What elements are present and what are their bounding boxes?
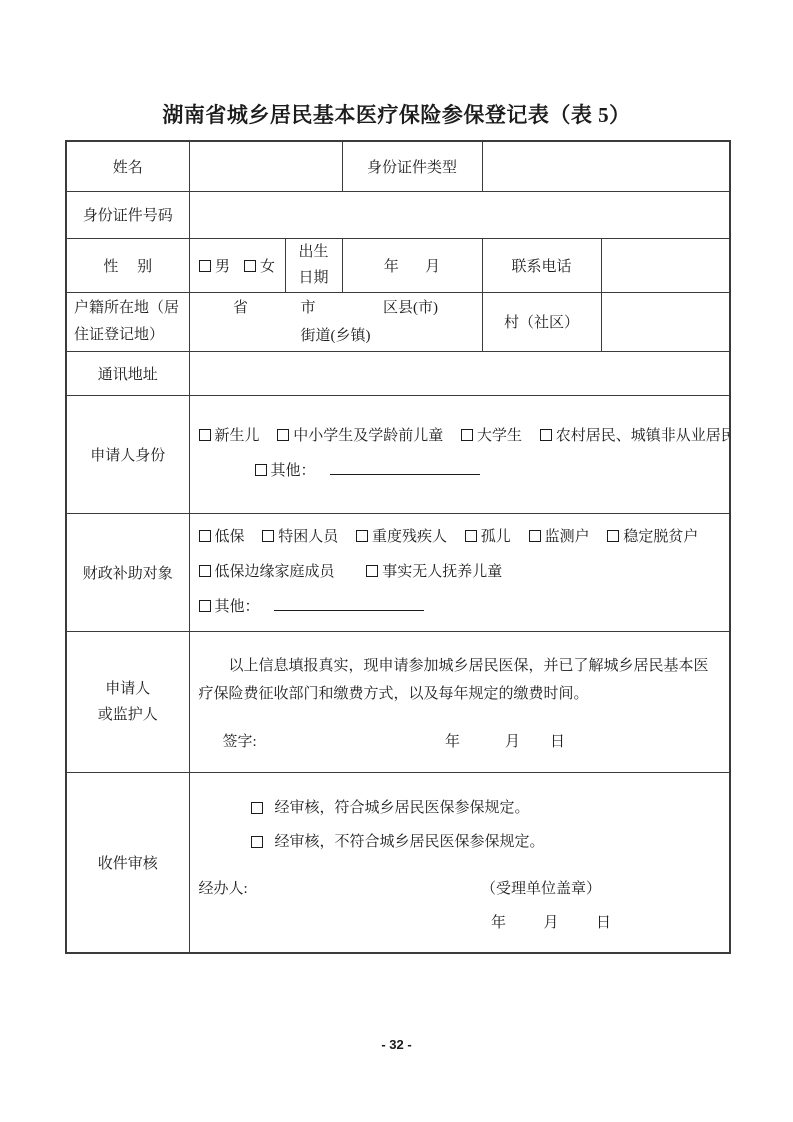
option-label: 女 [260,259,275,275]
identity-other-fill-line[interactable] [330,461,480,475]
name-label: 姓名 [66,141,189,191]
residence-hint-line2: 街道(乡镇) [190,322,482,350]
table-row: 通讯地址 [66,351,730,395]
checkbox-icon [461,429,473,441]
checkbox-icon [277,429,289,441]
option-label: 特困人员 [278,529,338,545]
checkbox-icon [199,530,211,542]
checkbox-icon [356,530,368,542]
checkbox-icon [199,429,211,441]
option-label: 经审核，符合城乡居民医保参保规定。 [275,797,530,819]
registration-form-table: 姓名 身份证件类型 身份证件号码 性 别 男女 出生 日期 年 月 联系电话 [65,140,731,954]
checkbox-icon [244,260,256,272]
checkbox-icon [529,530,541,542]
id-number-label: 身份证件号码 [66,191,189,238]
residence-hint-line1: 省 市 区县(市) [190,294,482,322]
village-label: 村（社区） [482,292,601,351]
option-label: 农村居民、城镇非从业居民 [556,428,730,444]
checkbox-icon [251,802,263,814]
option-label: 孤儿 [481,529,511,545]
checkbox-option-low-income-edge-family[interactable]: 低保边缘家庭成员 [199,564,335,580]
option-label: 低保 [215,529,245,545]
option-label: 中小学生及学龄前儿童 [293,428,443,444]
option-label: 重度残疾人 [372,529,447,545]
address-input-cell[interactable] [189,351,730,395]
operator-label: 经办人: [199,877,248,898]
checkbox-icon [199,260,211,272]
checkbox-option-identity-other[interactable]: 其他： [255,463,316,479]
applicant-identity-label: 申请人身份 [66,395,189,513]
checkbox-option-stable-poverty-exit[interactable]: 稳定脱贫户 [607,529,698,545]
document-page: 湖南省城乡居民基本医疗保险参保登记表（表 5） 姓名 身份证件类型 身份证件号码… [0,0,793,1122]
option-label: 大学生 [477,428,522,444]
declarant-label: 申请人 或监护人 [66,631,189,772]
id-type-input-cell[interactable] [482,141,730,191]
review-date-hint: 年 月 日 [491,911,611,932]
checkbox-option-newborn[interactable]: 新生儿 [199,428,260,444]
option-label: 低保边缘家庭成员 [215,564,335,580]
applicant-identity-options-cell: 新生儿 中小学生及学龄前儿童 大学生 农村居民、城镇非从业居民 其他： [189,395,730,513]
phone-input-cell[interactable] [601,238,730,292]
signature-label: 签字: [223,730,257,751]
seal-label: （受理单位盖章） [481,877,601,898]
checkbox-option-severe-disability[interactable]: 重度残疾人 [356,529,447,545]
checkbox-icon [607,530,619,542]
table-row: 性 别 男女 出生 日期 年 月 联系电话 [66,238,730,292]
residence-label: 户籍所在地（居 住证登记地） [66,292,189,351]
table-row: 户籍所在地（居 住证登记地） 省 市 区县(市) 街道(乡镇) 村（社区） [66,292,730,351]
checkbox-option-review-rejected[interactable]: 经审核，不符合城乡居民医保参保规定。 [251,831,724,853]
option-label: 其他： [215,599,260,615]
birth-date-hint: 年 月 [384,259,440,275]
checkbox-option-female[interactable]: 女 [244,259,275,275]
page-number: - 32 - [0,1037,793,1052]
option-label: 新生儿 [215,428,260,444]
checkbox-icon [255,464,267,476]
subsidy-label: 财政补助对象 [66,513,189,631]
checkbox-option-rural-urban-resident[interactable]: 农村居民、城镇非从业居民 [540,428,730,444]
review-cell: 经审核，符合城乡居民医保参保规定。 经审核，不符合城乡居民医保参保规定。 经办人… [189,772,730,953]
subsidy-options-cell: 低保 特困人员 重度残疾人 孤儿 监测户 稳定脱贫户 低保边缘家庭成员 事实无人… [189,513,730,631]
phone-label: 联系电话 [482,238,601,292]
review-label: 收件审核 [66,772,189,953]
checkbox-icon [199,600,211,612]
table-row: 财政补助对象 低保 特困人员 重度残疾人 孤儿 监测户 稳定脱贫户 低保边缘家庭… [66,513,730,631]
residence-input-cell[interactable]: 省 市 区县(市) 街道(乡镇) [189,292,482,351]
option-label: 男 [215,259,230,275]
page-title: 湖南省城乡居民基本医疗保险参保登记表（表 5） [0,99,793,129]
option-label: 事实无人抚养儿童 [382,564,502,580]
option-label: 监测户 [545,529,590,545]
checkbox-option-orphan[interactable]: 孤儿 [465,529,511,545]
checkbox-option-low-income[interactable]: 低保 [199,529,245,545]
checkbox-option-college-student[interactable]: 大学生 [461,428,522,444]
option-label: 其他： [271,463,316,479]
checkbox-icon [366,565,378,577]
village-input-cell[interactable] [601,292,730,351]
checkbox-option-student-child[interactable]: 中小学生及学龄前儿童 [277,428,443,444]
address-label: 通讯地址 [66,351,189,395]
table-row: 姓名 身份证件类型 [66,141,730,191]
checkbox-icon [251,836,263,848]
checkbox-icon [199,565,211,577]
subsidy-other-fill-line[interactable] [274,597,424,611]
option-label: 稳定脱贫户 [623,529,698,545]
checkbox-icon [465,530,477,542]
option-label: 经审核，不符合城乡居民医保参保规定。 [275,831,545,853]
declaration-statement: 以上信息填报真实，现申请参加城乡居民医保，并已了解城乡居民基本医疗保险费征收部门… [199,652,724,708]
declaration-cell: 以上信息填报真实，现申请参加城乡居民医保，并已了解城乡居民基本医疗保险费征收部门… [189,631,730,772]
checkbox-icon [540,429,552,441]
checkbox-icon [262,530,274,542]
checkbox-option-review-approved[interactable]: 经审核，符合城乡居民医保参保规定。 [251,797,724,819]
checkbox-option-male[interactable]: 男 [199,259,230,275]
checkbox-option-subsidy-other[interactable]: 其他： [199,599,260,615]
gender-label: 性 别 [66,238,189,292]
table-row: 身份证件号码 [66,191,730,238]
birth-date-label: 出生 日期 [285,238,342,292]
checkbox-option-monitored-household[interactable]: 监测户 [529,529,590,545]
name-input-cell[interactable] [189,141,342,191]
gender-options-cell: 男女 [189,238,285,292]
birth-date-input-cell[interactable]: 年 月 [342,238,482,292]
id-number-input-cell[interactable] [189,191,730,238]
checkbox-option-extreme-poverty[interactable]: 特困人员 [262,529,338,545]
checkbox-option-de-facto-orphan[interactable]: 事实无人抚养儿童 [366,564,502,580]
declaration-date-hint: 年 月 日 [445,730,565,751]
table-row: 申请人身份 新生儿 中小学生及学龄前儿童 大学生 农村居民、城镇非从业居民 其他… [66,395,730,513]
table-row: 收件审核 经审核，符合城乡居民医保参保规定。 经审核，不符合城乡居民医保参保规定… [66,772,730,953]
table-row: 申请人 或监护人 以上信息填报真实，现申请参加城乡居民医保，并已了解城乡居民基本… [66,631,730,772]
id-type-label: 身份证件类型 [342,141,482,191]
